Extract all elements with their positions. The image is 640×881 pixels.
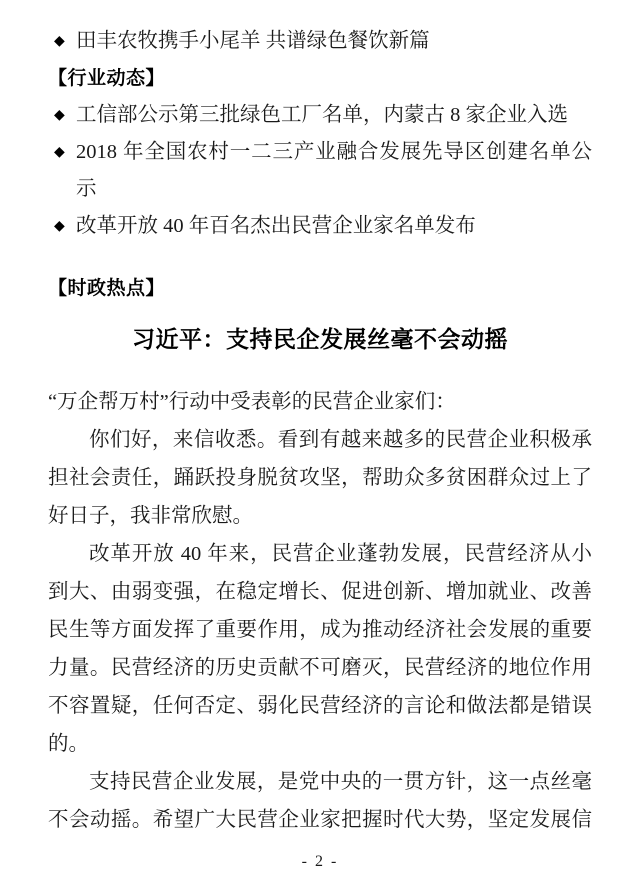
news-item-text: 2018 年全国农村一二三产业融合发展先导区创建名单公	[76, 141, 592, 163]
article-body-line: 支持民营企业发展，是党中央的一贯方针，这一点丝毫	[48, 763, 592, 801]
article-body-line: 你们好，来信收悉。看到有越来越多的民营企业积极承	[48, 421, 592, 459]
article-body-line: 民生等方面发挥了重要作用，成为推动经济社会发展的重要	[48, 611, 592, 649]
carryover-news-item: ◆田丰农牧携手小尾羊 共谱绿色餐饮新篇	[48, 23, 592, 60]
article-title: 习近平：支持民企发展丝毫不会动摇	[48, 320, 592, 360]
article-body-line: “万企帮万村”行动中受表彰的民营企业家们：	[48, 383, 592, 421]
article-body-line: 力量。民营经济的历史贡献不可磨灭，民营经济的地位作用	[48, 649, 592, 687]
news-item-text: 改革开放 40 年百名杰出民营企业家名单发布	[76, 215, 476, 237]
news-item: ◆田丰农牧携手小尾羊 共谱绿色餐饮新篇	[48, 23, 592, 60]
article-body-line: 好日子，我非常欣慰。	[48, 497, 592, 535]
news-item: ◆2018 年全国农村一二三产业融合发展先导区创建名单公示	[48, 134, 592, 208]
section-heading-politics: 【时政热点】	[48, 270, 592, 307]
article-body-line: 不容置疑，任何否定、弱化民营经济的言论和做法都是错误	[48, 687, 592, 725]
article-paragraph: 支持民营企业发展，是党中央的一贯方针，这一点丝毫不会动摇。希望广大民营企业家把握…	[48, 763, 592, 839]
news-item-text: 工信部公示第三批绿色工厂名单，内蒙古 8 家企业入选	[76, 104, 568, 126]
news-item-continuation-line: 示	[48, 171, 592, 208]
news-item: ◆工信部公示第三批绿色工厂名单，内蒙古 8 家企业入选	[48, 97, 592, 134]
section-heading-industry: 【行业动态】	[48, 60, 592, 97]
news-item-text: 示	[76, 178, 97, 200]
diamond-bullet-icon: ◆	[54, 134, 65, 171]
industry-news-list: ◆工信部公示第三批绿色工厂名单，内蒙古 8 家企业入选◆2018 年全国农村一二…	[48, 97, 592, 245]
diamond-bullet-icon: ◆	[54, 23, 65, 60]
news-item-line: ◆2018 年全国农村一二三产业融合发展先导区创建名单公	[48, 134, 592, 171]
article-body: “万企帮万村”行动中受表彰的民营企业家们：你们好，来信收悉。看到有越来越多的民营…	[48, 383, 592, 839]
article-body-line: 不会动摇。希望广大民营企业家把握时代大势，坚定发展信	[48, 801, 592, 839]
article-paragraph: “万企帮万村”行动中受表彰的民营企业家们：	[48, 383, 592, 421]
diamond-bullet-icon: ◆	[54, 97, 65, 134]
news-item: ◆改革开放 40 年百名杰出民营企业家名单发布	[48, 208, 592, 245]
article-body-line: 改革开放 40 年来，民营企业蓬勃发展，民营经济从小	[48, 535, 592, 573]
diamond-bullet-icon: ◆	[54, 208, 65, 245]
news-item-line: ◆改革开放 40 年百名杰出民营企业家名单发布	[48, 208, 592, 245]
news-item-line: ◆田丰农牧携手小尾羊 共谱绿色餐饮新篇	[48, 23, 592, 60]
article-body-line: 的。	[48, 725, 592, 763]
page-number: - 2 -	[0, 853, 640, 871]
news-item-line: ◆工信部公示第三批绿色工厂名单，内蒙古 8 家企业入选	[48, 97, 592, 134]
article-body-line: 到大、由弱变强，在稳定增长、促进创新、增加就业、改善	[48, 573, 592, 611]
news-item-text: 田丰农牧携手小尾羊 共谱绿色餐饮新篇	[76, 30, 430, 52]
article-paragraph: 你们好，来信收悉。看到有越来越多的民营企业积极承担社会责任，踊跃投身脱贫攻坚，帮…	[48, 421, 592, 535]
article-paragraph: 改革开放 40 年来，民营企业蓬勃发展，民营经济从小到大、由弱变强，在稳定增长、…	[48, 535, 592, 763]
article-body-line: 担社会责任，踊跃投身脱贫攻坚，帮助众多贫困群众过上了	[48, 459, 592, 497]
document-page: ◆田丰农牧携手小尾羊 共谱绿色餐饮新篇 【行业动态】 ◆工信部公示第三批绿色工厂…	[0, 0, 640, 881]
